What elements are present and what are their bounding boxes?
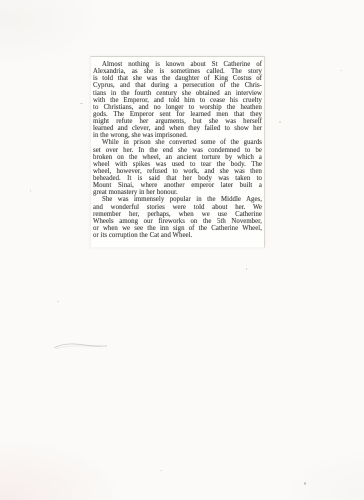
text-line: While in prison she converted some of th… (93, 139, 262, 146)
paragraph: She was immensely popular in the Middle … (93, 196, 262, 239)
text-line: and wonderful stories were told about he… (93, 204, 262, 211)
text-line: great monastery in her honour. (93, 189, 262, 196)
dust-speck (304, 482, 306, 485)
text-line: Mount Sinai, where another emperor later… (93, 182, 262, 189)
pencil-smudge (52, 341, 110, 351)
text-line: or when we see the inn sign of the Cathe… (93, 225, 262, 232)
paragraph: While in prison she converted some of th… (93, 139, 262, 196)
dust-speck (30, 190, 31, 192)
text-line: gods. The Emperor sent for learned men t… (93, 111, 262, 118)
text-line: She was immensely popular in the Middle … (93, 196, 262, 203)
text-line: Wheels among our fireworks on the 5th No… (93, 218, 262, 225)
pasted-clipping: Almost nothing is known about St Catheri… (90, 56, 265, 248)
text-line: wheel, however, refused to work, and she… (93, 168, 262, 175)
text-line: beheaded. It is said that her body was t… (93, 175, 262, 182)
dust-speck (80, 103, 83, 104)
text-line: tians in the fourth century she obtained… (93, 90, 262, 97)
dust-speck (160, 470, 162, 471)
dust-speck (57, 301, 59, 302)
text-line: learned and clever, and when they failed… (93, 125, 262, 132)
text-line: with the Emperor, and told him to cease … (93, 97, 262, 104)
dust-speck (279, 121, 281, 123)
text-line: Almost nothing is known about St Catheri… (93, 61, 262, 68)
clipping-text: Almost nothing is known about St Catheri… (93, 61, 262, 239)
dust-speck (246, 268, 247, 270)
scanned-page: Almost nothing is known about St Catheri… (0, 0, 364, 500)
text-line: to Christians, and no longer to worship … (93, 104, 262, 111)
paragraph: Almost nothing is known about St Catheri… (93, 61, 262, 139)
text-line: wheel with spikes was used to tear the b… (93, 161, 262, 168)
dust-speck (340, 70, 342, 71)
text-line: broken on the wheel, an ancient torture … (93, 154, 262, 161)
text-line: Cyprus, and that during a persecution of… (93, 82, 262, 89)
text-line: or its corruption the Cat and Wheel. (93, 232, 262, 239)
text-line: set over her. In the end she was condemn… (93, 147, 262, 154)
text-line: remember her, perhaps, when we use Cathe… (93, 211, 262, 218)
